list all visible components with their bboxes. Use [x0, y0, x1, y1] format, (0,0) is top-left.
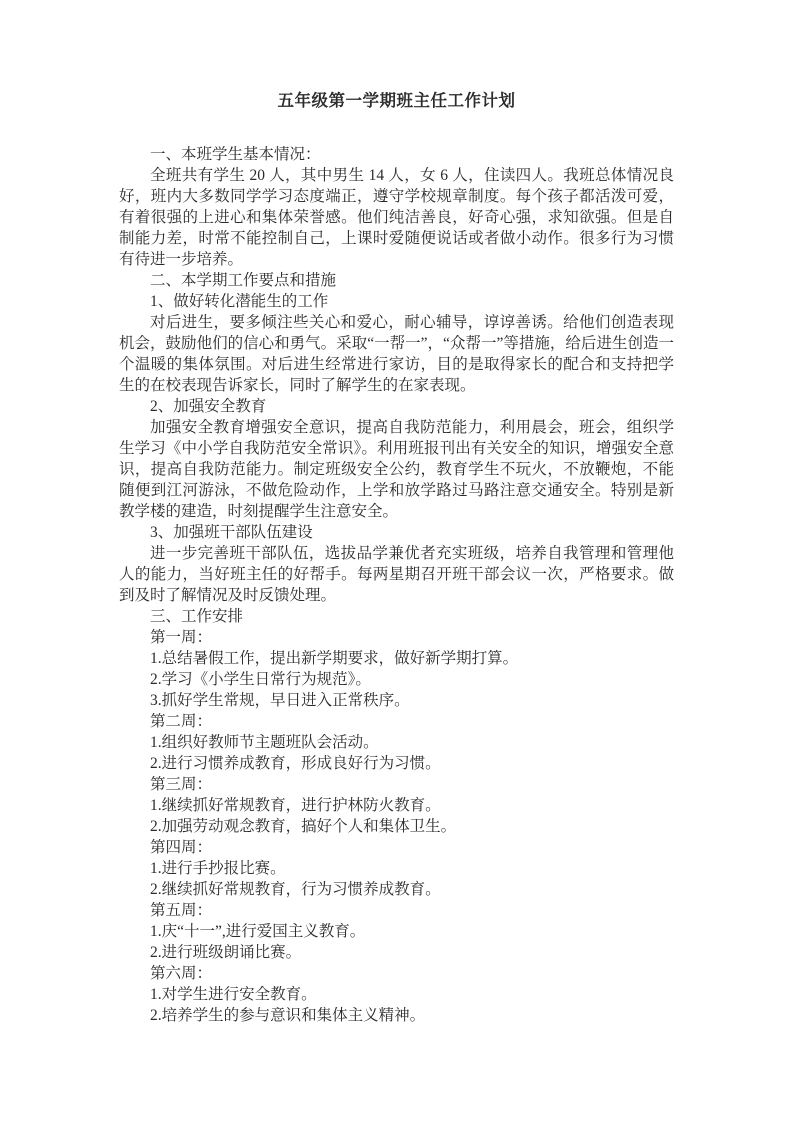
paragraph: 2.加强劳动观念教育，搞好个人和集体卫生。	[119, 816, 674, 837]
paragraph: 全班共有学生 20 人，其中男生 14 人，女 6 人，住读四人。我班总体情况良…	[119, 165, 674, 270]
paragraph: 1.组织好教师节主题班队会活动。	[119, 732, 674, 753]
paragraph: 2.继续抓好常规教育，行为习惯养成教育。	[119, 879, 674, 900]
paragraph: 二、本学期工作要点和措施	[119, 270, 674, 291]
paragraph: 2.进行习惯养成教育，形成良好行为习惯。	[119, 753, 674, 774]
paragraph: 1.庆“十一”,进行爱国主义教育。	[119, 921, 674, 942]
paragraph: 1.进行手抄报比赛。	[119, 858, 674, 879]
paragraph: 一、本班学生基本情况：	[119, 144, 674, 165]
paragraph: 2.学习《小学生日常行为规范》。	[119, 669, 674, 690]
paragraph: 1.对学生进行安全教育。	[119, 984, 674, 1005]
paragraph: 1.继续抓好常规教育，进行护林防火教育。	[119, 795, 674, 816]
paragraph: 第六周：	[119, 963, 674, 984]
paragraph: 加强安全教育增强安全意识，提高自我防范能力，利用晨会，班会，组织学生学习《中小学…	[119, 417, 674, 522]
paragraph: 第一周：	[119, 627, 674, 648]
paragraph: 2、加强安全教育	[119, 396, 674, 417]
paragraph: 3、加强班干部队伍建设	[119, 522, 674, 543]
paragraph: 3.抓好学生常规，早日进入正常秩序。	[119, 690, 674, 711]
paragraph: 1、做好转化潜能生的工作	[119, 291, 674, 312]
paragraph: 三、工作安排	[119, 606, 674, 627]
paragraph: 1.总结暑假工作，提出新学期要求，做好新学期打算。	[119, 648, 674, 669]
paragraph: 对后进生，要多倾注些关心和爱心，耐心辅导，谆谆善诱。给他们创造表现机会，鼓励他们…	[119, 312, 674, 396]
document-body: 一、本班学生基本情况：全班共有学生 20 人，其中男生 14 人，女 6 人，住…	[119, 144, 674, 1026]
paragraph: 第二周：	[119, 711, 674, 732]
paragraph: 进一步完善班干部队伍，选拔品学兼优者充实班级，培养自我管理和管理他人的能力，当好…	[119, 543, 674, 606]
paragraph: 第三周：	[119, 774, 674, 795]
paragraph: 2.培养学生的参与意识和集体主义精神。	[119, 1005, 674, 1026]
document-page: 五年级第一学期班主任工作计划 一、本班学生基本情况：全班共有学生 20 人，其中…	[0, 0, 793, 1122]
paragraph: 第四周：	[119, 837, 674, 858]
paragraph: 2.进行班级朗诵比赛。	[119, 942, 674, 963]
paragraph: 第五周：	[119, 900, 674, 921]
document-title: 五年级第一学期班主任工作计划	[119, 88, 674, 114]
